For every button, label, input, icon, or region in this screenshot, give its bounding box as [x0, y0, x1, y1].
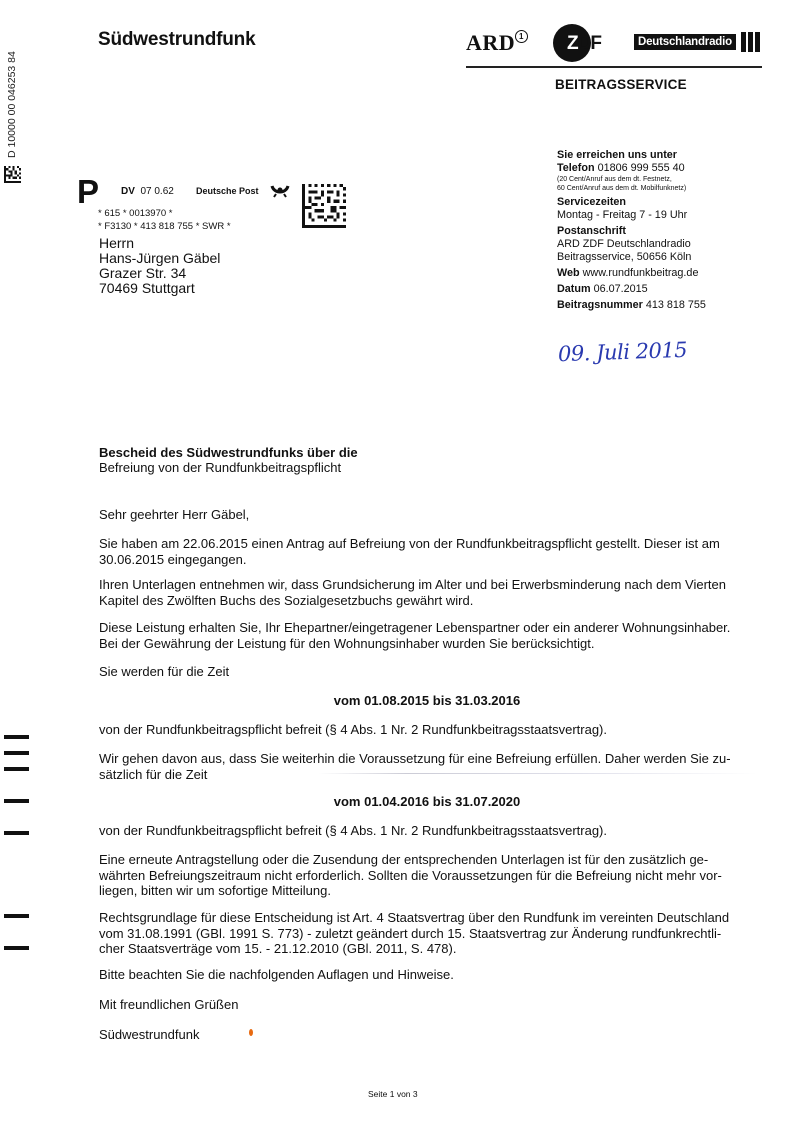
service-hours-value: Montag - Freitag 7 - 19 Uhr	[557, 209, 797, 222]
margin-mark	[4, 751, 29, 755]
page-number: Seite 1 von 3	[368, 1089, 418, 1099]
postal-address-line-2: Beitragsservice, 50656 Köln	[557, 251, 797, 264]
margin-mark	[4, 735, 29, 739]
exemption-period-2: vom 01.04.2016 bis 31.07.2020	[99, 794, 755, 809]
recipient-salutation: Herrn	[99, 236, 220, 251]
postage-dv: DV 07 0.62	[121, 186, 174, 197]
margin-mark	[4, 914, 29, 918]
postage-code-line-2: * F3130 * 413 818 755 * SWR *	[98, 220, 231, 233]
paragraph-period-intro: Sie werden für die Zeit	[99, 664, 769, 680]
postage-code-line-1: * 615 * 0013970 *	[98, 207, 231, 220]
scan-artifact-line	[318, 773, 758, 774]
broadcaster-logos: ARD 1 ZDF Deutschlandradio	[466, 28, 762, 62]
deutschlandradio-logo: Deutschlandradio	[634, 34, 736, 50]
letter-date: 06.07.2015	[594, 283, 648, 295]
recipient-street: Grazer Str. 34	[99, 266, 220, 281]
ard-logo-text: ARD	[466, 30, 515, 55]
header-divider	[466, 66, 762, 68]
paragraph-additional-period: Wir gehen davon aus, dass Sie weiterhin …	[99, 751, 769, 782]
paragraph-documents: Ihren Unterlagen entnehmen wir, dass Gru…	[99, 577, 769, 608]
postage-datamatrix-icon	[302, 184, 346, 228]
paragraph-notes: Bitte beachten Sie die nachfolgenden Auf…	[99, 967, 769, 983]
recipient-city: 70469 Stuttgart	[99, 281, 220, 296]
contact-info: Sie erreichen uns unter Telefon 01806 99…	[557, 149, 797, 312]
service-hours-label: Servicezeiten	[557, 196, 797, 209]
web-url: www.rundfunkbeitrag.de	[583, 267, 699, 279]
recipient-name: Hans-Jürgen Gäbel	[99, 251, 220, 266]
beitragsservice-label: BEITRAGSSERVICE	[555, 77, 687, 92]
signature: Südwestrundfunk	[99, 1027, 769, 1043]
contact-phone: Telefon 01806 999 555 40	[557, 162, 797, 175]
ard-one-icon: 1	[515, 30, 528, 43]
sender-name: Südwestrundfunk	[98, 29, 255, 51]
margin-mark	[4, 831, 29, 835]
paragraph-application: Sie haben am 22.06.2015 einen Antrag auf…	[99, 536, 769, 567]
zdf-logo-df: DF	[578, 33, 601, 54]
subject-line-2: Befreiung von der Rundfunkbeitragspflich…	[99, 460, 769, 476]
subject-line-1: Bescheid des Südwestrundfunks über die	[99, 445, 769, 461]
ard-logo: ARD 1	[466, 30, 515, 56]
vertical-document-code: D 10000 00 046253 84	[6, 18, 18, 158]
handwritten-received-date: 09. Juli 2015	[558, 338, 688, 366]
margin-mark	[4, 767, 29, 771]
contribution-number: 413 818 755	[646, 299, 706, 311]
post-horn-icon	[270, 184, 290, 198]
paragraph-exempt-1: von der Rundfunkbeitragspflicht befreit …	[99, 722, 769, 738]
paragraph-benefit: Diese Leistung erhalten Sie, Ihr Ehepart…	[99, 620, 769, 651]
phone-note-2: 60 Cent/Anruf aus dem dt. Mobilfunknetz)	[557, 184, 797, 193]
datamatrix-code-icon	[4, 166, 21, 183]
margin-mark	[4, 799, 29, 803]
phone-number: 01806 999 555 40	[598, 162, 685, 174]
deutsche-post-label: Deutsche Post	[196, 186, 259, 196]
zdf-logo-z: Z	[567, 33, 578, 54]
greeting: Sehr geehrter Herr Gäbel,	[99, 507, 769, 523]
deutschlandradio-bars-icon	[741, 32, 762, 52]
postal-address-line-1: ARD ZDF Deutschlandradio	[557, 238, 797, 251]
contact-date: Datum 06.07.2015	[557, 283, 797, 296]
paragraph-exempt-2: von der Rundfunkbeitragspflicht befreit …	[99, 823, 769, 839]
contact-heading: Sie erreichen uns unter	[557, 149, 797, 162]
postage-codes: * 615 * 0013970 * * F3130 * 413 818 755 …	[98, 207, 231, 233]
paragraph-no-new-application: Eine erneute Antragstellung oder die Zus…	[99, 852, 769, 899]
postage-p-mark: P	[77, 173, 99, 211]
recipient-address: Herrn Hans-Jürgen Gäbel Grazer Str. 34 7…	[99, 236, 220, 296]
exemption-period-1: vom 01.08.2015 bis 31.03.2016	[99, 693, 755, 708]
closing: Mit freundlichen Grüßen	[99, 997, 769, 1013]
contact-web: Web www.rundfunkbeitrag.de	[557, 267, 797, 280]
postal-address-label: Postanschrift	[557, 225, 797, 238]
ink-mark	[249, 1029, 253, 1036]
contact-number: Beitragsnummer 413 818 755	[557, 299, 797, 312]
margin-mark	[4, 946, 29, 950]
phone-note-1: (20 Cent/Anruf aus dem dt. Festnetz,	[557, 175, 797, 184]
paragraph-legal-basis: Rechtsgrundlage für diese Entscheidung i…	[99, 910, 769, 957]
zdf-logo: ZDF	[567, 33, 601, 55]
